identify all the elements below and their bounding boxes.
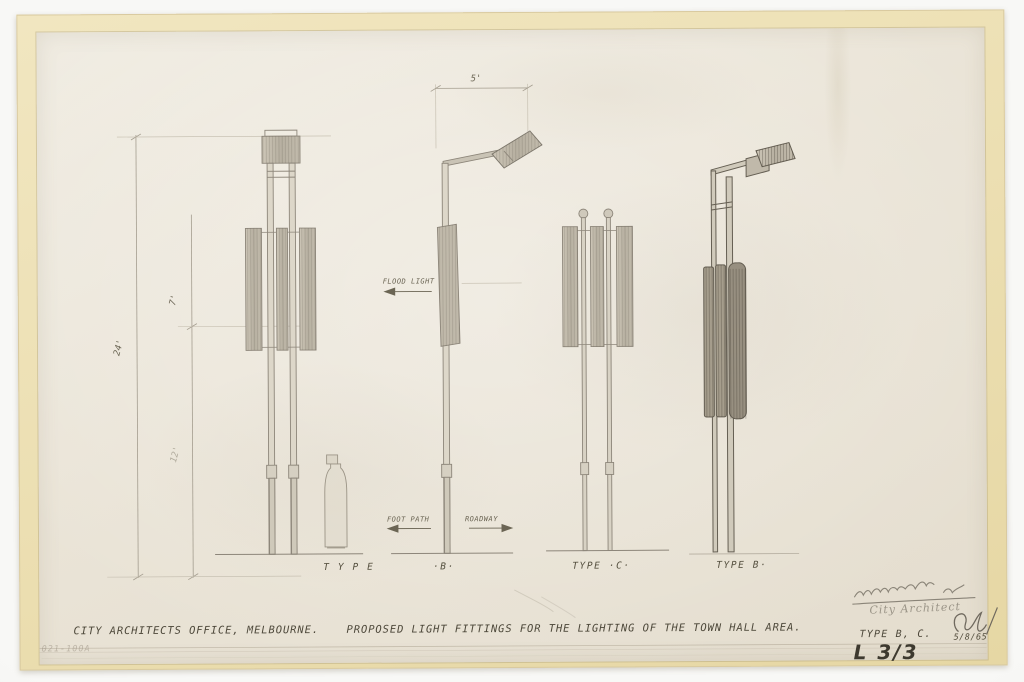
drawing-number: L 3/3 [854,640,919,664]
title-block-rules [40,644,987,659]
human-scale-figure [325,455,347,548]
foot-path-arrow [388,525,431,532]
roadway-label: ROADWAY [465,515,498,523]
foot-path-label: FOOT PATH [387,515,429,523]
title-office: CITY ARCHITECTS OFFICE, MELBOURNE. [73,624,319,637]
type-b-perspective-label: TYPE B· [716,560,767,571]
type-b-elevation-label: T Y P E ·B· [323,561,455,573]
dimension-arm-projection: 5' [471,74,482,84]
scanned-drawing-background: 5' 24' 7' 12' FLOOD LIGHT FOOT PATH ROAD… [0,0,1024,682]
flood-light-arrow [385,288,432,295]
drawing-linework [0,0,1024,682]
flood-light-label: FLOOD LIGHT [383,277,435,285]
type-b-perspective-drawing [687,143,799,555]
sheet: 5' 24' 7' 12' FLOOD LIGHT FOOT PATH ROAD… [0,0,1024,682]
type-c-elevation-label: TYPE ·C· [572,560,631,571]
title-subject: PROPOSED LIGHT FITTINGS FOR THE LIGHTING… [346,621,801,635]
type-reference: TYPE B, C. [860,629,932,640]
type-b-side-elevation-drawing [389,131,544,554]
drawing-date: 5/8/65 [954,633,988,643]
registration-stamp: 021-100A [42,644,91,654]
stray-pencil-marks [514,590,575,618]
type-c-elevation-drawing [544,209,669,551]
roadway-arrow [469,525,512,532]
